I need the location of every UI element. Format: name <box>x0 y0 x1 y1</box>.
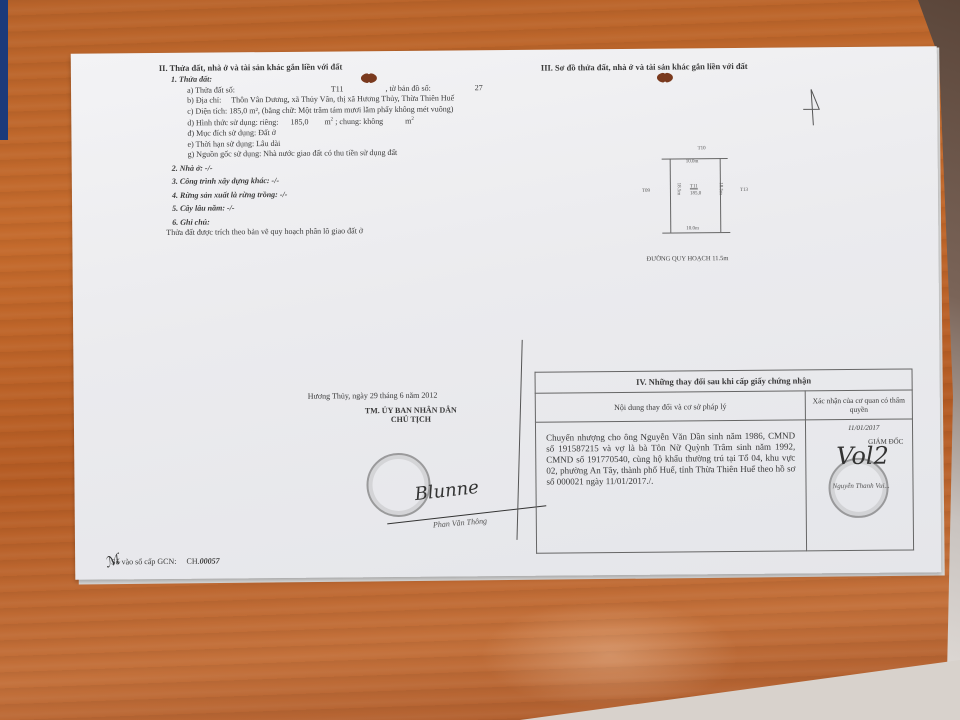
certificate-page: II. Thửa đất, nhà ở và tài sản khác gắn … <box>71 46 942 580</box>
column-header-content: Nội dung thay đổi và cơ sở pháp lý <box>535 391 805 422</box>
left-edge-length: 18.5m <box>676 183 681 196</box>
punch-stain <box>657 73 673 83</box>
pen-stroke <box>516 340 522 540</box>
parcel-number: T11 <box>331 84 344 93</box>
registry-number: Số vào sổ cấp GCN: CH.00057 <box>111 557 220 567</box>
section-2-title: II. Thửa đất, nhà ở và tài sản khác gắn … <box>159 61 343 73</box>
issue-date: Hương Thủy, ngày 29 tháng 6 năm 2012 <box>308 390 526 401</box>
item-label: 2. Nhà ở: <box>172 163 203 172</box>
blue-object-edge <box>0 0 8 140</box>
north-neighbor: T10 <box>698 146 706 151</box>
column-header-confirm: Xác nhận của cơ quan có thẩm quyền <box>805 390 912 420</box>
item-value: -/- <box>280 190 288 199</box>
registry-prefix: CH. <box>186 557 199 566</box>
left-boundary <box>670 159 672 233</box>
area-label: c) Diện tích: <box>187 106 227 115</box>
parcel-label: a) Thửa đất số: <box>187 85 235 94</box>
usage-shared-value: không <box>363 117 383 126</box>
confirm-date: 11/01/2017 <box>848 424 879 432</box>
address-value: Thôn Vân Dương, xã Thủy Vân, thị xã Hươn… <box>231 93 454 104</box>
table-row: Chuyển nhượng cho ông Nguyễn Văn Dần sin… <box>535 419 913 553</box>
director-signature: Vol2 <box>836 442 889 470</box>
address-label: b) Địa chỉ: <box>187 95 221 104</box>
item-label: 5. Cây lâu năm: <box>172 204 225 213</box>
east-neighbor: T13 <box>740 188 748 193</box>
parcel-area: 185,0 <box>690 191 701 196</box>
road-label: ĐƯỜNG QUY HOẠCH 11.5m <box>647 255 729 263</box>
item-label: 3. Công trình xây dựng khác: <box>172 176 270 186</box>
item-value: -/- <box>227 204 235 213</box>
bottom-edge-length: 10.0m <box>686 226 699 231</box>
purpose-value: Đất ở <box>258 128 276 137</box>
area-value: 185,0 <box>229 106 247 115</box>
west-neighbor: T09 <box>642 189 650 194</box>
parcel-label: T11 <box>690 184 698 189</box>
top-edge-length: 10.0m <box>686 159 699 164</box>
origin-label: g) Nguồn gốc sử dụng: <box>188 149 262 159</box>
map-sheet-label: , tờ bản đồ số: <box>385 83 430 92</box>
light-glare <box>480 600 740 710</box>
area-words: , (bằng chữ: Một trăm tám mươi lăm phẩy … <box>258 104 454 115</box>
map-sheet-number: 27 <box>475 83 483 92</box>
purpose-label: đ) Mục đích sử dụng: <box>187 128 256 138</box>
change-content: Chuyển nhượng cho ông Nguyễn Văn Dần sin… <box>535 420 806 553</box>
registry-label: Số vào sổ cấp GCN: <box>111 557 176 567</box>
change-confirmation: 11/01/2017 GIÁM ĐỐC Vol2 Nguyễn Thanh Vu… <box>805 419 913 551</box>
right-edge-length: 18.5m <box>718 182 723 195</box>
item-label: 4. Rừng sản xuất là rừng trồng: <box>172 190 278 200</box>
origin-value: Nhà nước giao đất có thu tiền sử dụng đấ… <box>263 148 397 158</box>
usage-shared-label: ; chung: <box>335 117 361 126</box>
section-2-body: 1. Thửa đất: a) Thửa đất số: T11 , tờ bả… <box>161 72 542 239</box>
confirm-signer-name: Nguyễn Thanh Vui... <box>832 482 889 490</box>
registry-value: 00057 <box>200 557 220 566</box>
item-value: -/- <box>272 176 280 185</box>
signature-block: Hương Thủy, ngày 29 tháng 6 năm 2012 TM.… <box>296 390 526 425</box>
note-text: Thửa đất được trích theo bản vẽ quy hoạc… <box>162 225 542 239</box>
term-value: Lâu dài <box>256 139 280 148</box>
bottom-boundary <box>662 232 730 234</box>
usage-form-label: d) Hình thức sử dụng: riêng: <box>187 118 278 128</box>
section-3-title: III. Sơ đồ thửa đất, nhà ở và tài sản kh… <box>541 61 748 73</box>
north-arrow-icon <box>799 87 825 127</box>
usage-private-value: 185,0 <box>290 117 308 126</box>
signer-position: CHỦ TỊCH <box>296 414 526 425</box>
term-label: e) Thời hạn sử dụng: <box>187 139 254 149</box>
changes-table: IV. Những thay đổi sau khi cấp giấy chứn… <box>535 368 915 553</box>
item-value: -/- <box>205 163 213 172</box>
area-unit: m² <box>249 106 258 115</box>
